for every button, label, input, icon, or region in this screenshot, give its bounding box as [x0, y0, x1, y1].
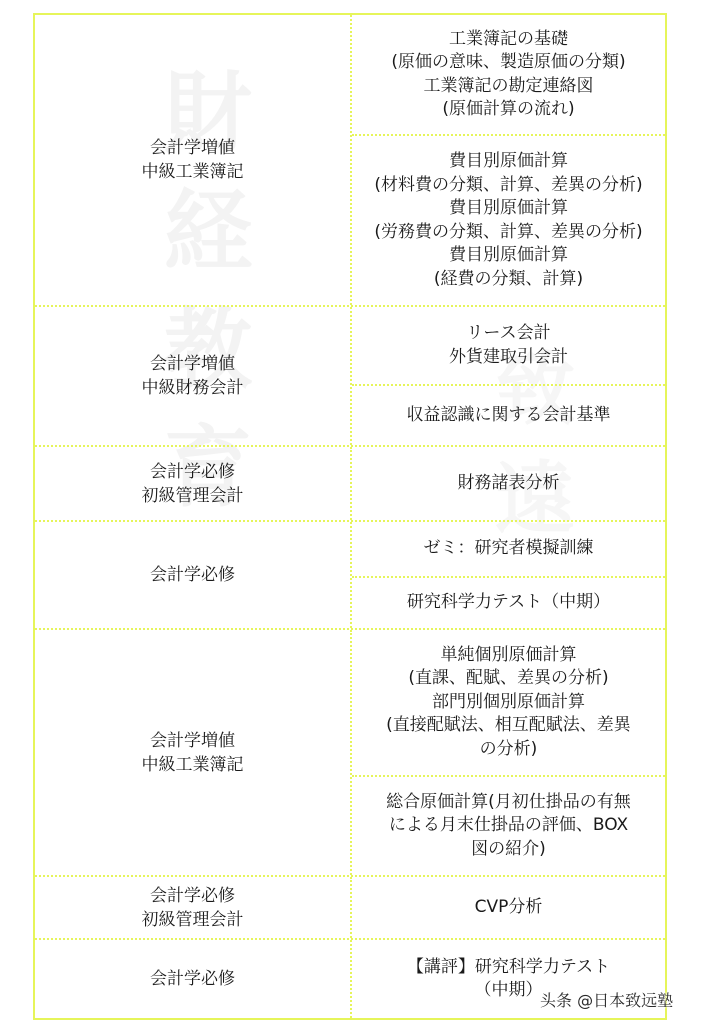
table-row: 会計学必修 ゼミ：研究者模擬訓練 研究科学力テスト（中期） — [35, 520, 665, 628]
table-row: 会計学増値 中級財務会計 リース会計 外貨建取引会計 収益認識に関する会計基準 — [35, 305, 665, 445]
topics-column: 単純個別原価計算 (直課、配賦、差異の分析) 部門別個別原価計算 (直接配賦法、… — [352, 630, 665, 875]
course-cell: 会計学増値 中級財務会計 — [35, 307, 352, 445]
topic-cell: 財務諸表分析 — [352, 447, 665, 520]
source-credit-watermark: 头条 @日本致远塾 — [540, 988, 673, 1011]
course-cell: 会計学必修 初級管理会計 — [35, 447, 352, 520]
table-row: 会計学必修 初級管理会計 CVP分析 — [35, 875, 665, 938]
topic-cell: 工業簿記の基礎 (原価の意味、製造原価の分類) 工業簿記の勘定連絡図 (原価計算… — [352, 15, 665, 134]
topic-cell: 費目別原価計算 (材料費の分類、計算、差異の分析) 費目別原価計算 (労務費の分… — [352, 134, 665, 305]
topic-cell: ゼミ：研究者模擬訓練 — [352, 522, 665, 576]
course-cell: 会計学増値 中級工業簿記 — [35, 630, 352, 875]
course-cell: 会計学必修 初級管理会計 — [35, 877, 352, 938]
topics-column: リース会計 外貨建取引会計 収益認識に関する会計基準 — [352, 307, 665, 445]
topics-column: CVP分析 — [352, 877, 665, 938]
topic-cell: 総合原価計算(月初仕掛品の有無 による月末仕掛品の評価、BOX 図の紹介) — [352, 775, 665, 875]
table-row: 会計学増値 中級工業簿記 工業簿記の基礎 (原価の意味、製造原価の分類) 工業簿… — [35, 15, 665, 305]
topic-cell: 単純個別原価計算 (直課、配賦、差異の分析) 部門別個別原価計算 (直接配賦法、… — [352, 630, 665, 775]
topics-column: 工業簿記の基礎 (原価の意味、製造原価の分類) 工業簿記の勘定連絡図 (原価計算… — [352, 15, 665, 305]
topic-cell: リース会計 外貨建取引会計 — [352, 307, 665, 384]
course-cell: 会計学必修 — [35, 522, 352, 628]
table-row: 会計学必修 初級管理会計 財務諸表分析 — [35, 445, 665, 520]
topic-cell: 研究科学力テスト（中期） — [352, 576, 665, 628]
topics-column: ゼミ：研究者模擬訓練 研究科学力テスト（中期） — [352, 522, 665, 628]
course-cell: 会計学必修 — [35, 940, 352, 1018]
topic-cell: CVP分析 — [352, 877, 665, 938]
curriculum-table: 財経教育 致遠 会計学増値 中級工業簿記 工業簿記の基礎 (原価の意味、製造原価… — [33, 13, 667, 1020]
table-row: 会計学増値 中級工業簿記 単純個別原価計算 (直課、配賦、差異の分析) 部門別個… — [35, 628, 665, 875]
topics-column: 財務諸表分析 — [352, 447, 665, 520]
course-cell: 会計学増値 中級工業簿記 — [35, 15, 352, 305]
topic-cell: 収益認識に関する会計基準 — [352, 384, 665, 445]
